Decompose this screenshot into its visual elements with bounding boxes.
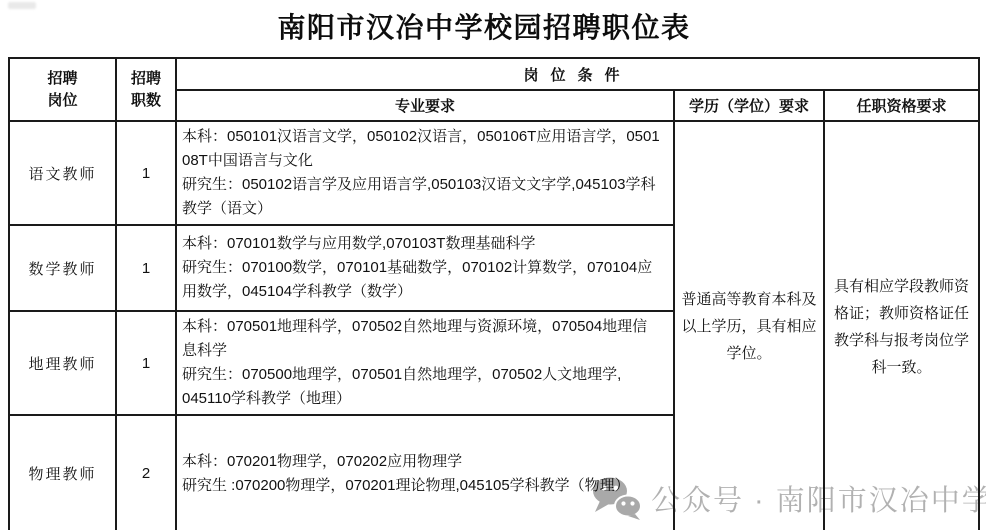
- page-title: 南阳市汉冶中学校园招聘职位表: [8, 6, 960, 46]
- position-headcount: 2: [116, 415, 176, 530]
- column-header-degree: 学历（学位）要求: [674, 90, 824, 121]
- column-header-qualification: 任职资格要求: [824, 90, 979, 121]
- table-row-chinese-teacher: 语文教师 1 本科：050101汉语言文学，050102汉语言，050106T应…: [9, 121, 979, 225]
- column-header-headcount: 招聘 职数: [116, 58, 176, 121]
- header-row-group: 招聘 岗位 招聘 职数 岗位条件: [9, 58, 979, 90]
- major-requirement: 本科：050101汉语言文学，050102汉语言，050106T应用语言学，05…: [176, 121, 674, 225]
- column-header-major: 专业要求: [176, 90, 674, 121]
- column-header-conditions-group: 岗位条件: [176, 58, 979, 90]
- qualification-requirement: 具有相应学段教师资 格证；教师资格证任 教学科与报考岗位学 科一致。: [824, 121, 979, 530]
- position-name: 数学教师: [9, 225, 116, 311]
- position-headcount: 1: [116, 311, 176, 415]
- position-name: 物理教师: [9, 415, 116, 530]
- column-header-position: 招聘 岗位: [9, 58, 116, 121]
- recruitment-table: 招聘 岗位 招聘 职数 岗位条件 专业要求 学历（学位）要求 任职资格要求 语文…: [8, 57, 980, 530]
- table-header: 招聘 岗位 招聘 职数 岗位条件 专业要求 学历（学位）要求 任职资格要求: [9, 58, 979, 121]
- major-requirement: 本科：070501地理科学，070502自然地理与资源环境，070504地理信 …: [176, 311, 674, 415]
- position-name: 地理教师: [9, 311, 116, 415]
- position-name: 语文教师: [9, 121, 116, 225]
- table-body: 语文教师 1 本科：050101汉语言文学，050102汉语言，050106T应…: [9, 121, 979, 530]
- document-page: { "page_title": "南阳市汉冶中学校园招聘职位表", "color…: [0, 0, 986, 530]
- degree-requirement: 普通高等教育本科及 以上学历，具有相应 学位。: [674, 121, 824, 530]
- position-headcount: 1: [116, 225, 176, 311]
- major-requirement: 本科：070101数学与应用数学,070103T数理基础科学 研究生：07010…: [176, 225, 674, 311]
- major-requirement: 本科：070201物理学，070202应用物理学 研究生 :070200物理学，…: [176, 415, 674, 530]
- position-headcount: 1: [116, 121, 176, 225]
